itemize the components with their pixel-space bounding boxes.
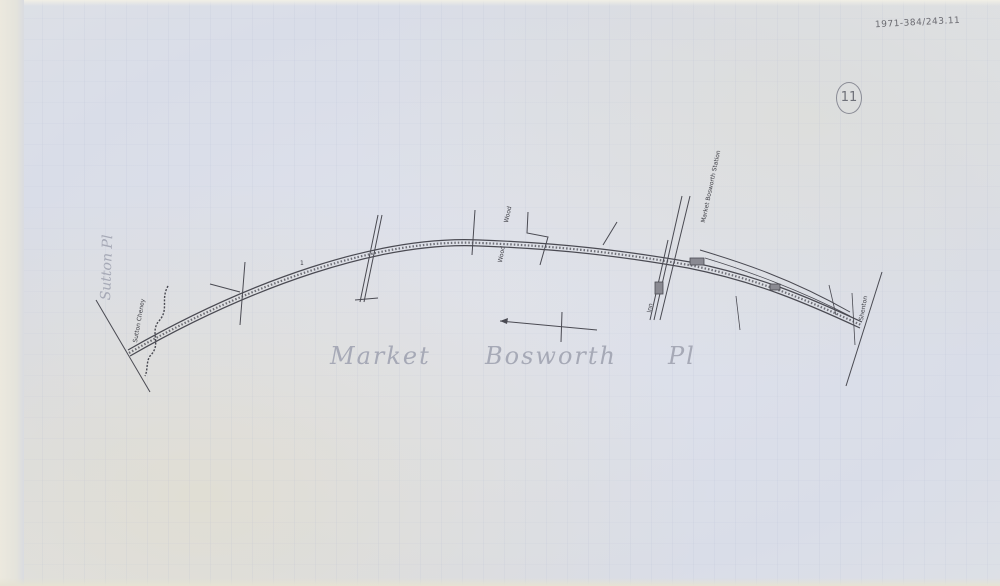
mile-marker: 1 — [300, 260, 304, 267]
pencil-title-word-1: Market — [330, 342, 431, 370]
north-arrow — [500, 312, 597, 342]
sheet-number-circled: 11 — [836, 82, 862, 114]
left-pencil-label: Sutton Pl — [98, 234, 116, 300]
pencil-title-word-3: Pl — [668, 342, 696, 370]
railway-track — [128, 240, 862, 356]
pencil-title-word-2: Bosworth — [485, 342, 617, 370]
boundary-line-right — [846, 272, 882, 386]
stream-left — [145, 286, 168, 376]
